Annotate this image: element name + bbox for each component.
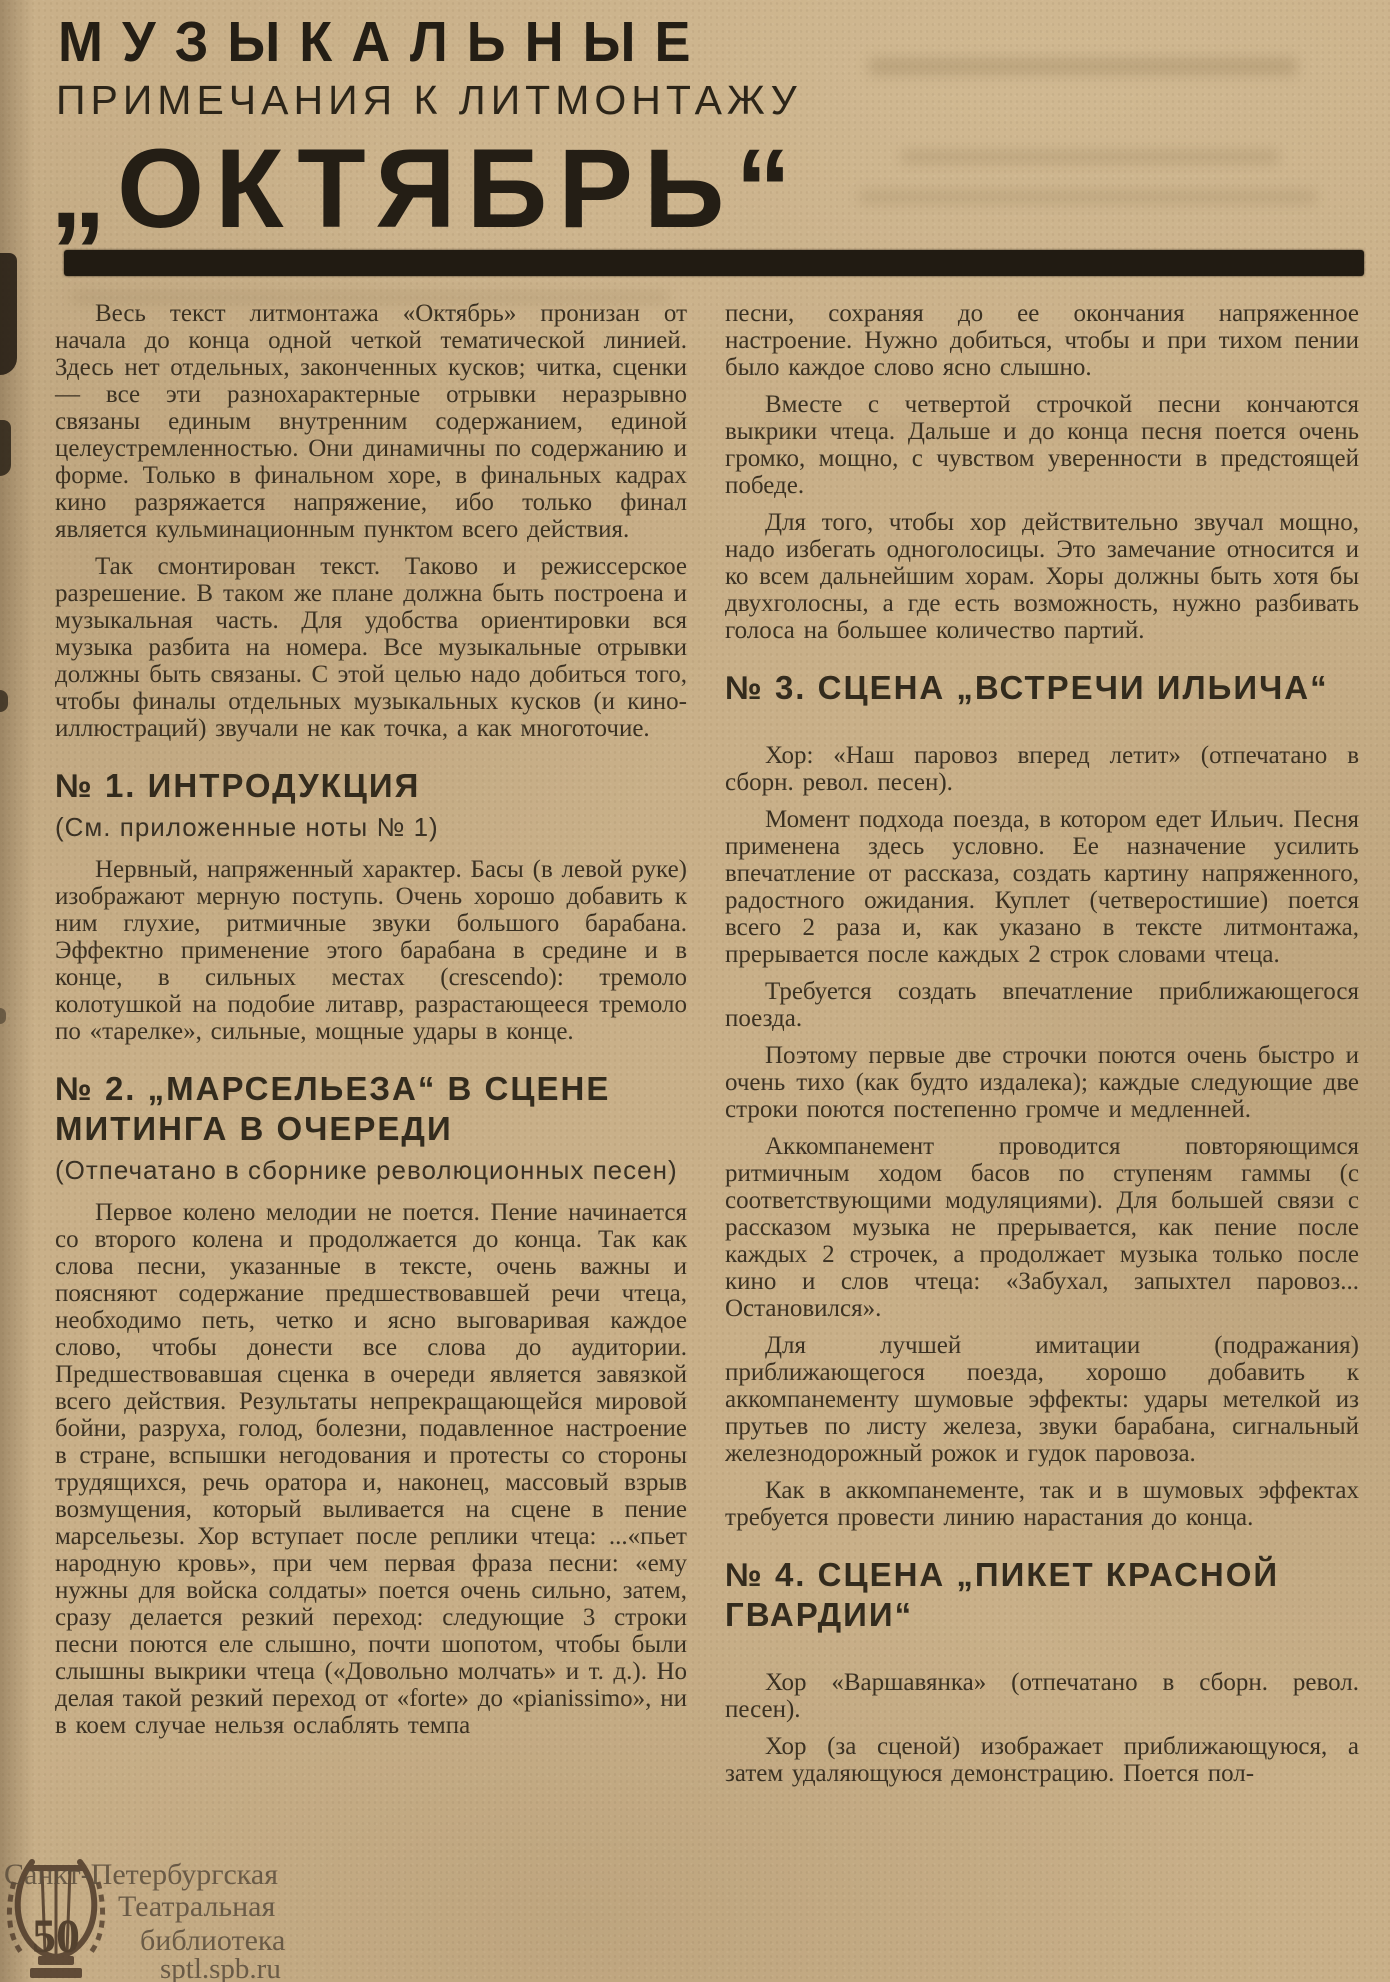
paragraph: Для того, чтобы хор действительно звучал… bbox=[725, 509, 1359, 644]
scan-edge-artifact bbox=[0, 253, 17, 375]
paragraph: Как в аккомпанементе, так и в шумовых эф… bbox=[725, 1477, 1359, 1531]
paragraph: Поэтому первые две строчки поются очень … bbox=[725, 1042, 1359, 1123]
left-column: Весь текст литмонтажа «Октябрь» пронизан… bbox=[55, 300, 687, 1739]
page-title-line1: МУЗЫКАЛЬНЫЕ bbox=[58, 14, 709, 70]
paragraph: Хор (за сценой) изображает приближающуюс… bbox=[725, 1733, 1359, 1787]
watermark-library-text: Театральная bbox=[118, 1890, 275, 1924]
paragraph: песни, сохраняя до ее окончания напряжен… bbox=[725, 300, 1359, 381]
scan-showthrough-artifact bbox=[858, 190, 1318, 204]
right-column: песни, сохраняя до ее окончания напряжен… bbox=[725, 300, 1359, 1787]
watermark-city-text: Санкт-Петербургская bbox=[4, 1858, 278, 1892]
scan-edge-artifact bbox=[0, 420, 11, 476]
section-heading-1: № 1. ИНТРОДУКЦИЯ bbox=[55, 766, 687, 806]
paragraph: Хор «Варшавянка» (отпечатано в сборн. ре… bbox=[725, 1669, 1359, 1723]
paragraph: Вместе с четвертой строчкой песни кончаю… bbox=[725, 391, 1359, 499]
section-subheading-2: (Отпечатано в сборнике революционных пес… bbox=[55, 1155, 687, 1185]
paragraph: Для лучшей имитации (подражания) приближ… bbox=[725, 1332, 1359, 1467]
paragraph: Хор: «Наш паровоз вперед летит» (отпечат… bbox=[725, 742, 1359, 796]
scan-showthrough-artifact bbox=[868, 58, 1298, 75]
page-title-line3: „ОКТЯБРЬ“ bbox=[50, 133, 802, 245]
section-heading-4: № 4. СЦЕНА „ПИКЕТ КРАСНОЙ ГВАРДИИ“ bbox=[725, 1555, 1359, 1635]
watermark-url-text: sptl.spb.ru bbox=[160, 1953, 281, 1982]
scanned-document-page: МУЗЫКАЛЬНЫЕ ПРИМЕЧАНИЯ К ЛИТМОНТАЖУ „ОКТ… bbox=[0, 0, 1390, 1982]
paragraph: Первое колено мелодии не поется. Пение н… bbox=[55, 1199, 687, 1739]
page-title-line2: ПРИМЕЧАНИЯ К ЛИТМОНТАЖУ bbox=[56, 80, 802, 121]
svg-text:50: 50 bbox=[32, 1910, 80, 1963]
scan-showthrough-artifact bbox=[900, 150, 1280, 164]
paragraph: Нервный, напряженный характер. Басы (в л… bbox=[55, 856, 687, 1045]
paragraph: Требуется создать впечатление приближающ… bbox=[725, 978, 1359, 1032]
section-heading-2: № 2. „МАРСЕЛЬЕЗА“ В СЦЕНЕ МИТИНГА В ОЧЕР… bbox=[55, 1069, 687, 1149]
section-heading-3: № 3. СЦЕНА „ВСТРЕЧИ ИЛЬИЧА“ bbox=[725, 668, 1359, 708]
section-subheading-1: (См. приложенные ноты № 1) bbox=[55, 812, 687, 842]
divider-rule bbox=[64, 250, 1364, 276]
paragraph: Так смонтирован текст. Таково и режиссер… bbox=[55, 553, 687, 742]
paragraph: Весь текст литмонтажа «Октябрь» пронизан… bbox=[55, 300, 687, 543]
paragraph: Аккомпанемент проводится повторяющимся р… bbox=[725, 1133, 1359, 1322]
paragraph: Момент подхода поезда, в котором едет Ил… bbox=[725, 806, 1359, 968]
